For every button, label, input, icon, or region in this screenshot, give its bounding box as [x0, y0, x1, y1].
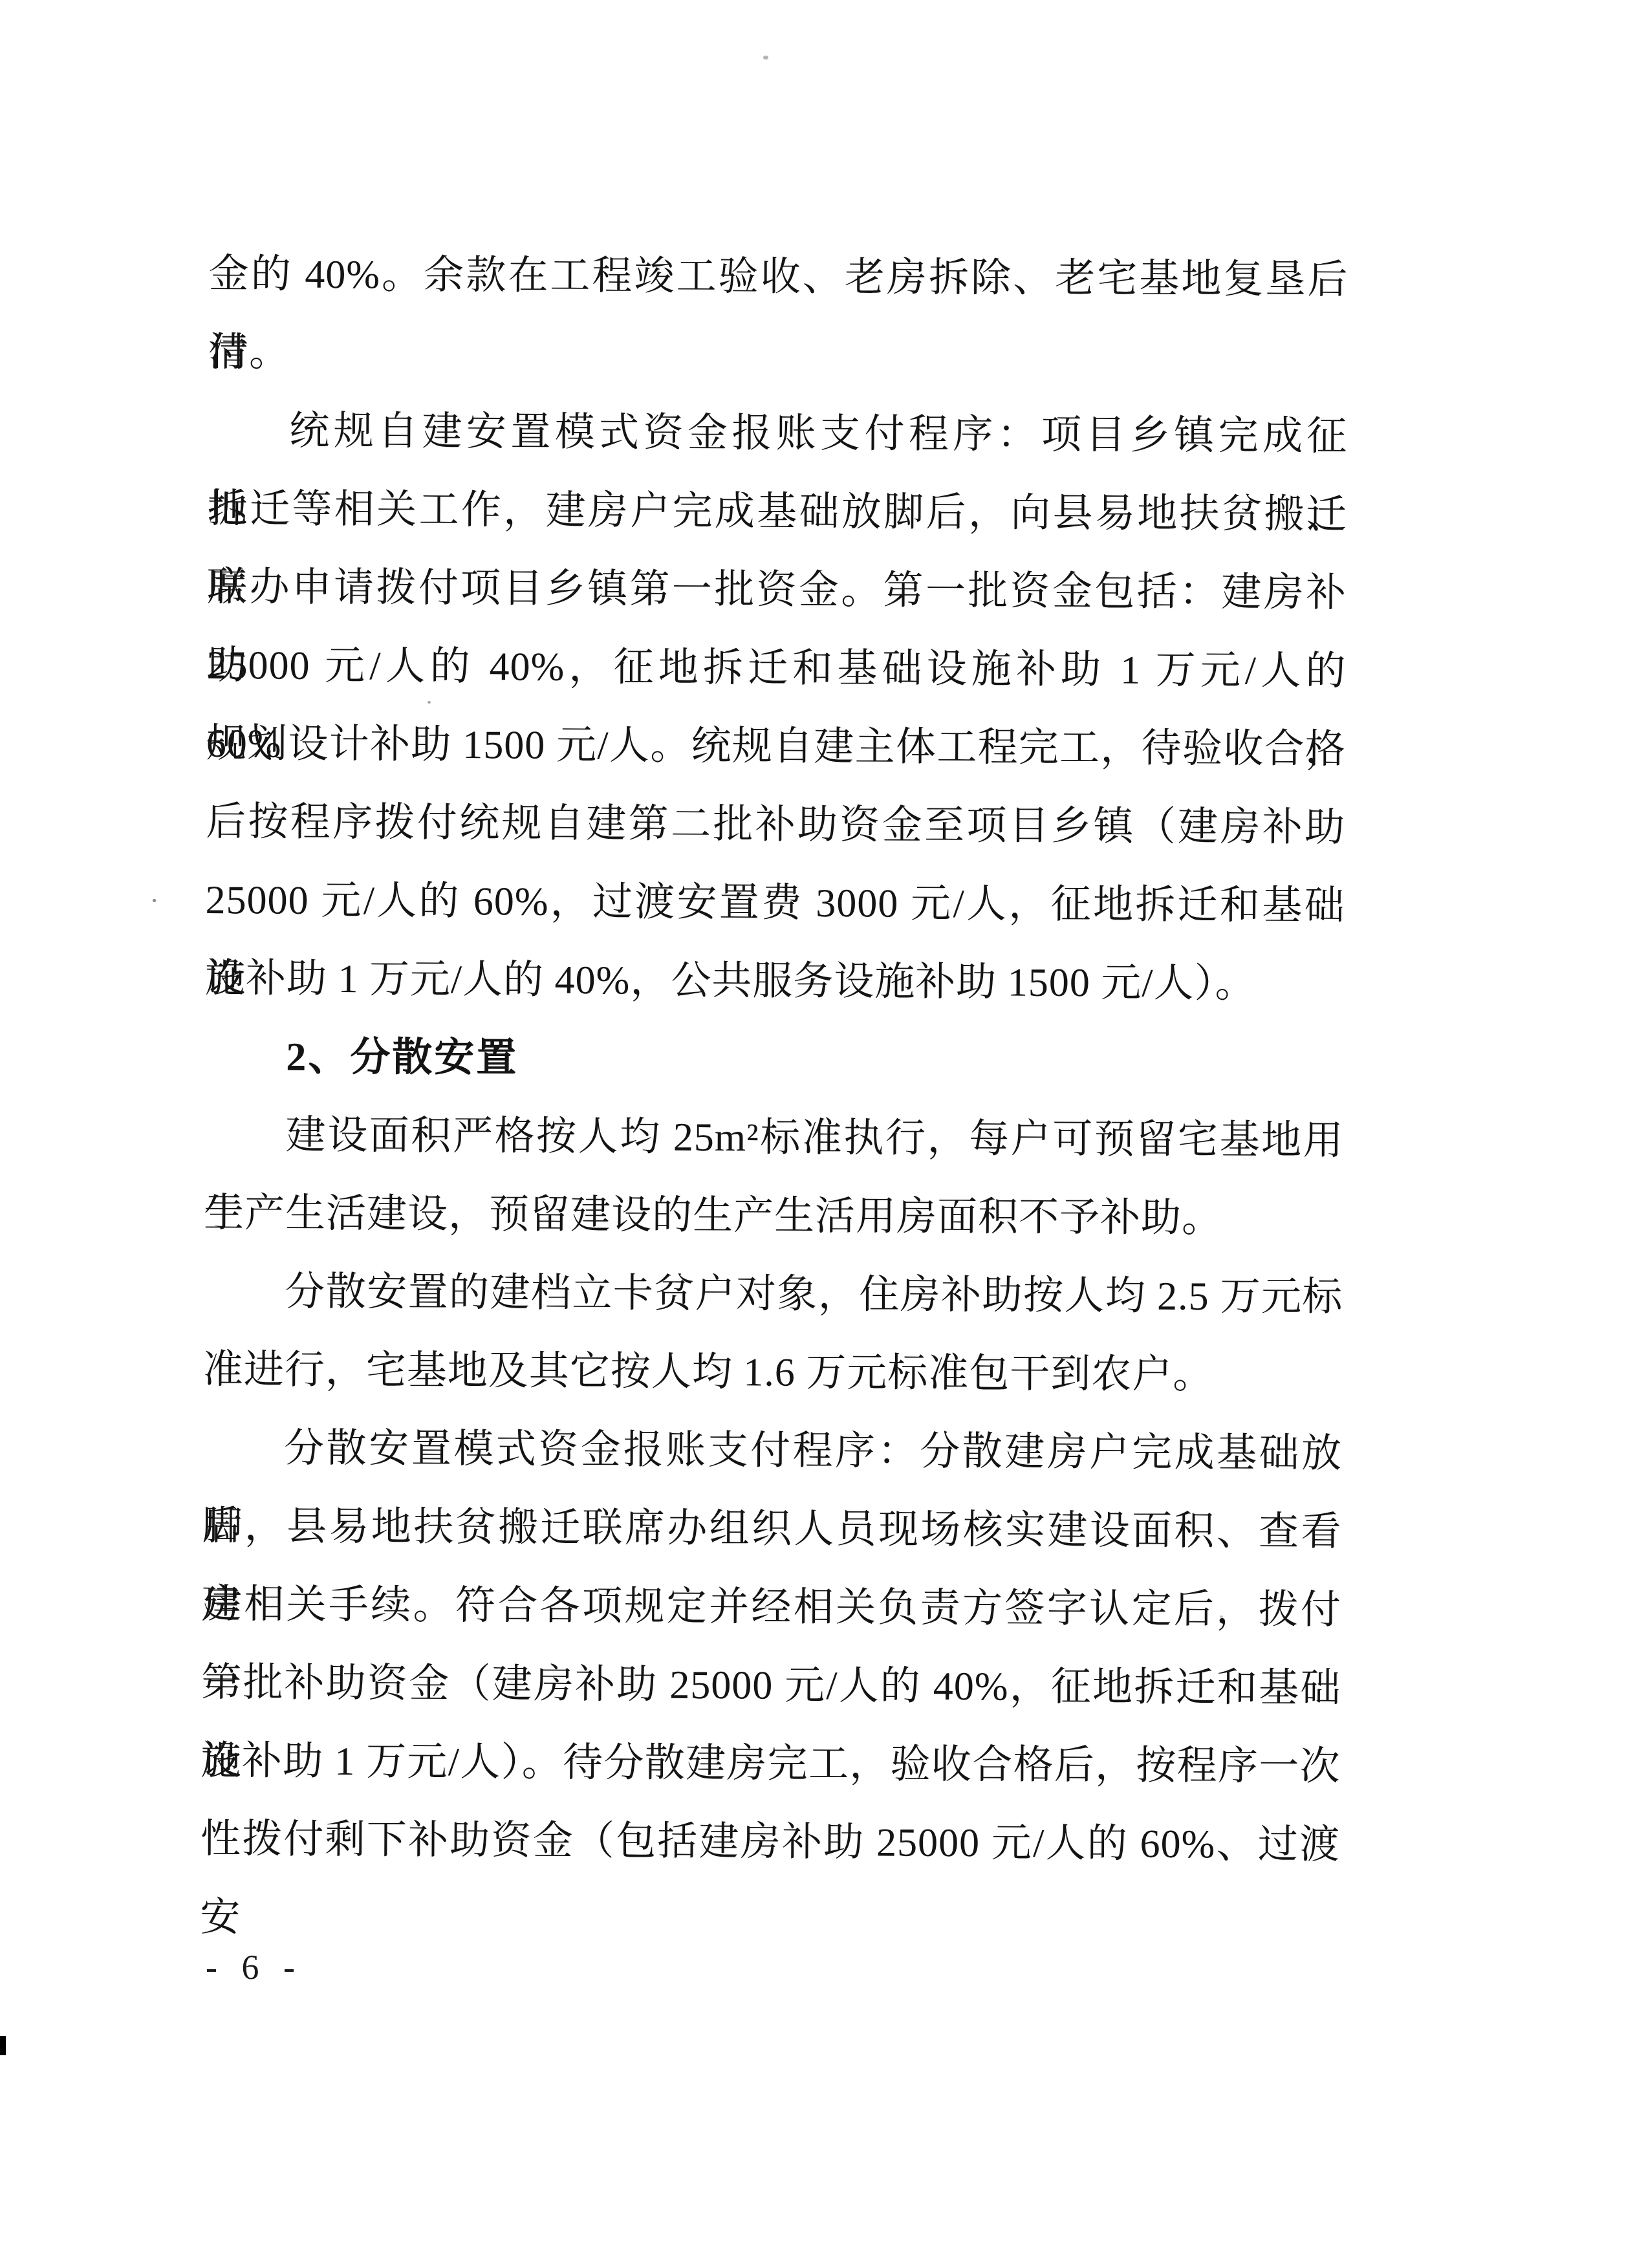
document-body: 金的 40%。余款在工程竣工验收、老房拆除、老宅基地复垦后付 清。 统规自建安置… [200, 235, 1348, 1885]
text-line: 后按程序拨付统规自建第二批补助资金至项目乡镇（建房补助 [206, 783, 1346, 867]
scan-speck [1220, 1615, 1223, 1618]
text-line: 金的 40%。余款在工程竣工验收、老房拆除、老宅基地复垦后付 [208, 235, 1348, 319]
scan-edge-artifact [0, 2036, 6, 2055]
text-line: 拆迁等相关工作，建房户完成基础放脚后，向县易地扶贫搬迁联 [207, 470, 1347, 554]
text-line: 施补助 1 万元/人）。待分散建房完工，验收合格后，按程序一次 [200, 1722, 1341, 1806]
text-line: 规划设计补助 1500 元/人。统规自建主体工程完工，待验收合格 [206, 705, 1347, 789]
text-line: 房相关手续。符合各项规定并经相关负责方签字认定后，拨付第 [202, 1566, 1342, 1650]
text-line: 生产生活建设，预留建设的生产生活用房面积不予补助。 [204, 1174, 1344, 1258]
text-line: 25000 元/人的 40%，征地拆迁和基础设施补助 1 万元/人的 60%， [206, 627, 1347, 711]
scan-speck [428, 701, 431, 704]
text-line: 一批补助资金（建房补助 25000 元/人的 40%，征地拆迁和基础设 [201, 1644, 1341, 1728]
text-line: 准进行，宅基地及其它按人均 1.6 万元标准包干到农户。 [202, 1331, 1343, 1415]
scanned-document-page: 金的 40%。余款在工程竣工验收、老房拆除、老宅基地复垦后付 清。 统规自建安置… [0, 0, 1635, 2268]
text-line: 统规自建安置模式资金报账支付程序：项目乡镇完成征地、 [208, 392, 1348, 476]
page-number: - 6 - [206, 1948, 296, 1987]
text-line: 施补助 1 万元/人的 40%，公共服务设施补助 1500 元/人）。 [205, 940, 1345, 1024]
text-line: 分散安置模式资金报账支付程序：分散建房户完成基础放脚 [202, 1409, 1343, 1493]
text-line: 25000 元/人的 60%，过渡安置费 3000 元/人，征地拆迁和基础设 [205, 861, 1345, 945]
text-line: 清。 [208, 314, 1348, 398]
text-line: 建设面积严格按人均 25m²标准执行，每户可预留宅基地用于 [204, 1096, 1344, 1180]
text-line: 后，县易地扶贫搬迁联席办组织人员现场核实建设面积、查看建 [202, 1487, 1342, 1571]
text-line: 性拨付剩下补助资金（包括建房补助 25000 元/人的 60%、过渡安 [200, 1800, 1341, 1885]
text-line: 分散安置的建档立卡贫户对象，住房补助按人均 2.5 万元标 [203, 1253, 1343, 1337]
text-line: 席办申请拨付项目乡镇第一批资金。第一批资金包括：建房补助 [207, 548, 1347, 632]
scan-speck [153, 899, 156, 902]
section-heading: 2、分散安置 [204, 1018, 1345, 1102]
scan-speck [763, 56, 768, 59]
